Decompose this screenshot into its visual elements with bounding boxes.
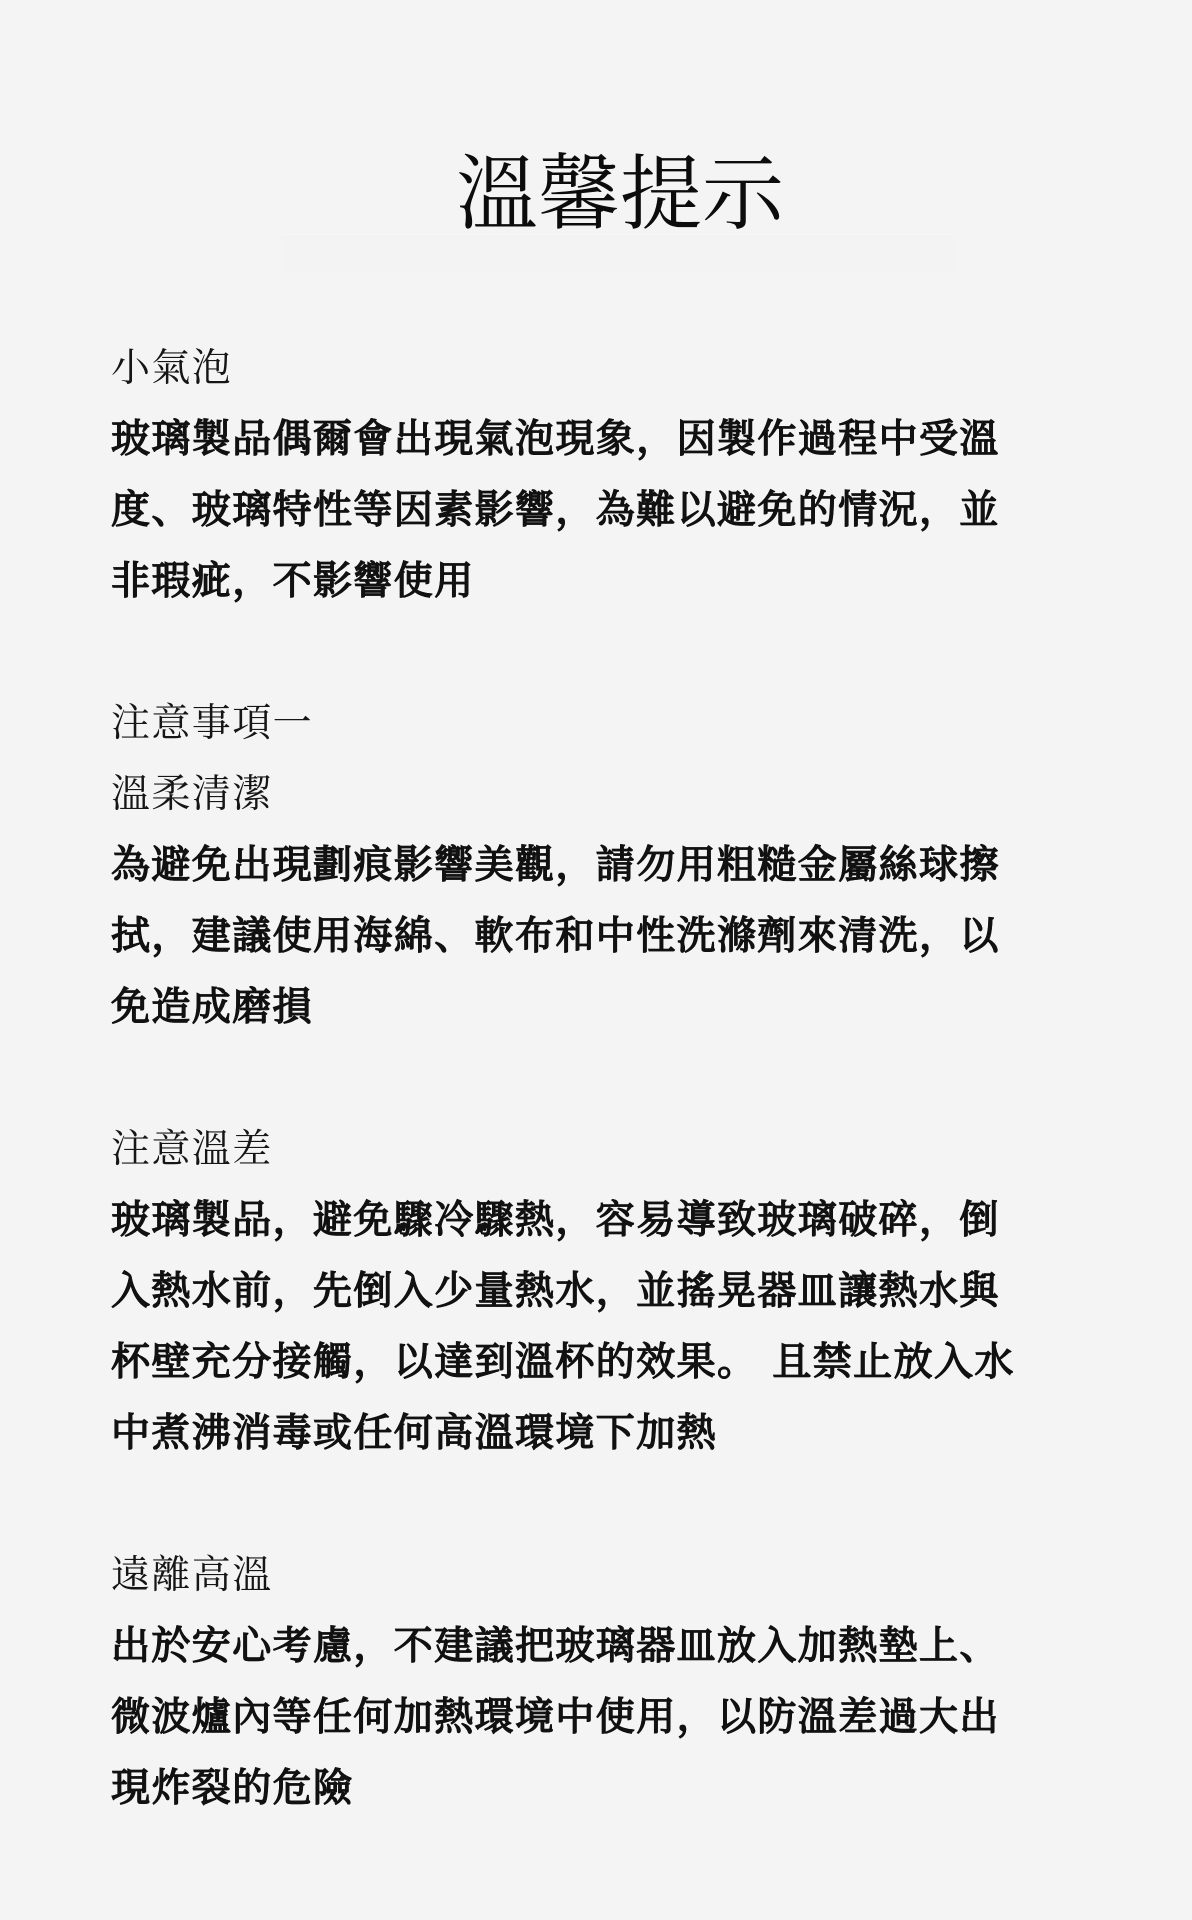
section-gentle-cleaning: 注意事項一 溫柔清潔 為避免出現劃痕影響美觀，請勿用粗糙金屬絲球擦 拭，建議使用… (111, 688, 1111, 1043)
section-text-line: 出於安心考慮，不建議把玻璃器皿放入加熱墊上、 (111, 1611, 1111, 1682)
page-title: 溫馨提示 (0, 147, 1192, 243)
section-temperature-difference: 注意溫差 玻璃製品，避免驟冷驟熱，容易導致玻璃破碎，倒 入熱水前，先倒入少量熱水… (111, 1114, 1111, 1469)
section-text-line: 微波爐內等任何加熱環境中使用，以防溫差過大出 (111, 1682, 1111, 1753)
section-heading: 遠離高溫 (111, 1540, 1111, 1611)
section-small-bubbles: 小氣泡 玻璃製品偶爾會出現氣泡現象，因製作過程中受溫 度、玻璃特性等因素影響，為… (111, 333, 1111, 617)
section-text-line: 拭，建議使用海綿、軟布和中性洗滌劑來清洗，以 (111, 901, 1111, 972)
title-divider (282, 234, 954, 273)
section-text-line: 中煮沸消毒或任何高溫環境下加熱 (111, 1398, 1111, 1469)
section-heading: 注意事項一 (111, 688, 1111, 759)
notice-content: 小氣泡 玻璃製品偶爾會出現氣泡現象，因製作過程中受溫 度、玻璃特性等因素影響，為… (111, 333, 1111, 1895)
section-heading: 注意溫差 (111, 1114, 1111, 1185)
section-heading: 小氣泡 (111, 333, 1111, 404)
section-subheading: 溫柔清潔 (111, 759, 1111, 830)
section-text-line: 現炸裂的危險 (111, 1753, 1111, 1824)
section-text-line: 免造成磨損 (111, 972, 1111, 1043)
section-text-line: 為避免出現劃痕影響美觀，請勿用粗糙金屬絲球擦 (111, 830, 1111, 901)
section-text-line: 非瑕疵，不影響使用 (111, 546, 1111, 617)
section-text-line: 度、玻璃特性等因素影響，為難以避免的情況，並 (111, 475, 1111, 546)
section-keep-away-from-heat: 遠離高溫 出於安心考慮，不建議把玻璃器皿放入加熱墊上、 微波爐內等任何加熱環境中… (111, 1540, 1111, 1824)
section-text-line: 入熱水前，先倒入少量熱水，並搖晃器皿讓熱水與 (111, 1256, 1111, 1327)
section-text-line: 杯壁充分接觸，以達到溫杯的效果。 且禁止放入水 (111, 1327, 1111, 1398)
section-text-line: 玻璃製品偶爾會出現氣泡現象，因製作過程中受溫 (111, 404, 1111, 475)
section-text-line: 玻璃製品，避免驟冷驟熱，容易導致玻璃破碎，倒 (111, 1185, 1111, 1256)
